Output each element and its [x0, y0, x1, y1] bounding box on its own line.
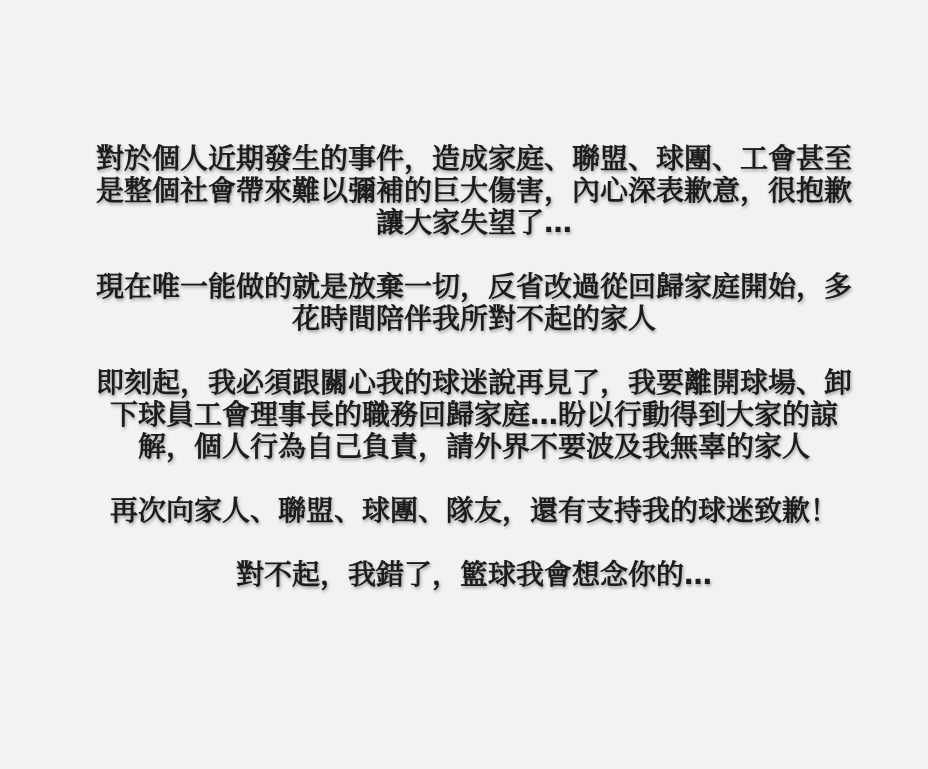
- text-line: 花時間陪伴我所對不起的家人: [292, 302, 656, 335]
- text-line: 下球員工會理事長的職務回歸家庭…盼以行動得到大家的諒: [110, 398, 838, 431]
- paragraph-closing: 對不起，我錯了，籃球我會想念你的…: [40, 559, 908, 591]
- text-line: 解，個人行為自己負責，請外界不要波及我無辜的家人: [138, 430, 810, 463]
- text-line: 讓大家失望了…: [376, 206, 572, 239]
- text-line: 即刻起，我必須跟關心我的球迷說再見了，我要離開球場、卸: [96, 366, 852, 399]
- paragraph-apology: 對於個人近期發生的事件，造成家庭、聯盟、球團、工會甚至是整個社會帶來難以彌補的巨…: [40, 143, 908, 239]
- text-line: 是整個社會帶來難以彌補的巨大傷害，內心深表歉意，很抱歉: [96, 174, 852, 207]
- text-line: 現在唯一能做的就是放棄一切，反省改過從回歸家庭開始，多: [96, 270, 852, 303]
- paragraph-return-to-family: 現在唯一能做的就是放棄一切，反省改過從回歸家庭開始，多花時間陪伴我所對不起的家人: [40, 271, 908, 335]
- text-line: 對不起，我錯了，籃球我會想念你的…: [236, 558, 712, 591]
- text-line: 再次向家人、聯盟、球團、隊友，還有支持我的球迷致歉！: [110, 494, 838, 527]
- paragraph-apology-again: 再次向家人、聯盟、球團、隊友，還有支持我的球迷致歉！: [40, 495, 908, 527]
- text-line: 對於個人近期發生的事件，造成家庭、聯盟、球團、工會甚至: [96, 142, 852, 175]
- paragraph-farewell: 即刻起，我必須跟關心我的球迷說再見了，我要離開球場、卸下球員工會理事長的職務回歸…: [40, 367, 908, 463]
- apology-statement: 對於個人近期發生的事件，造成家庭、聯盟、球團、工會甚至是整個社會帶來難以彌補的巨…: [40, 143, 908, 591]
